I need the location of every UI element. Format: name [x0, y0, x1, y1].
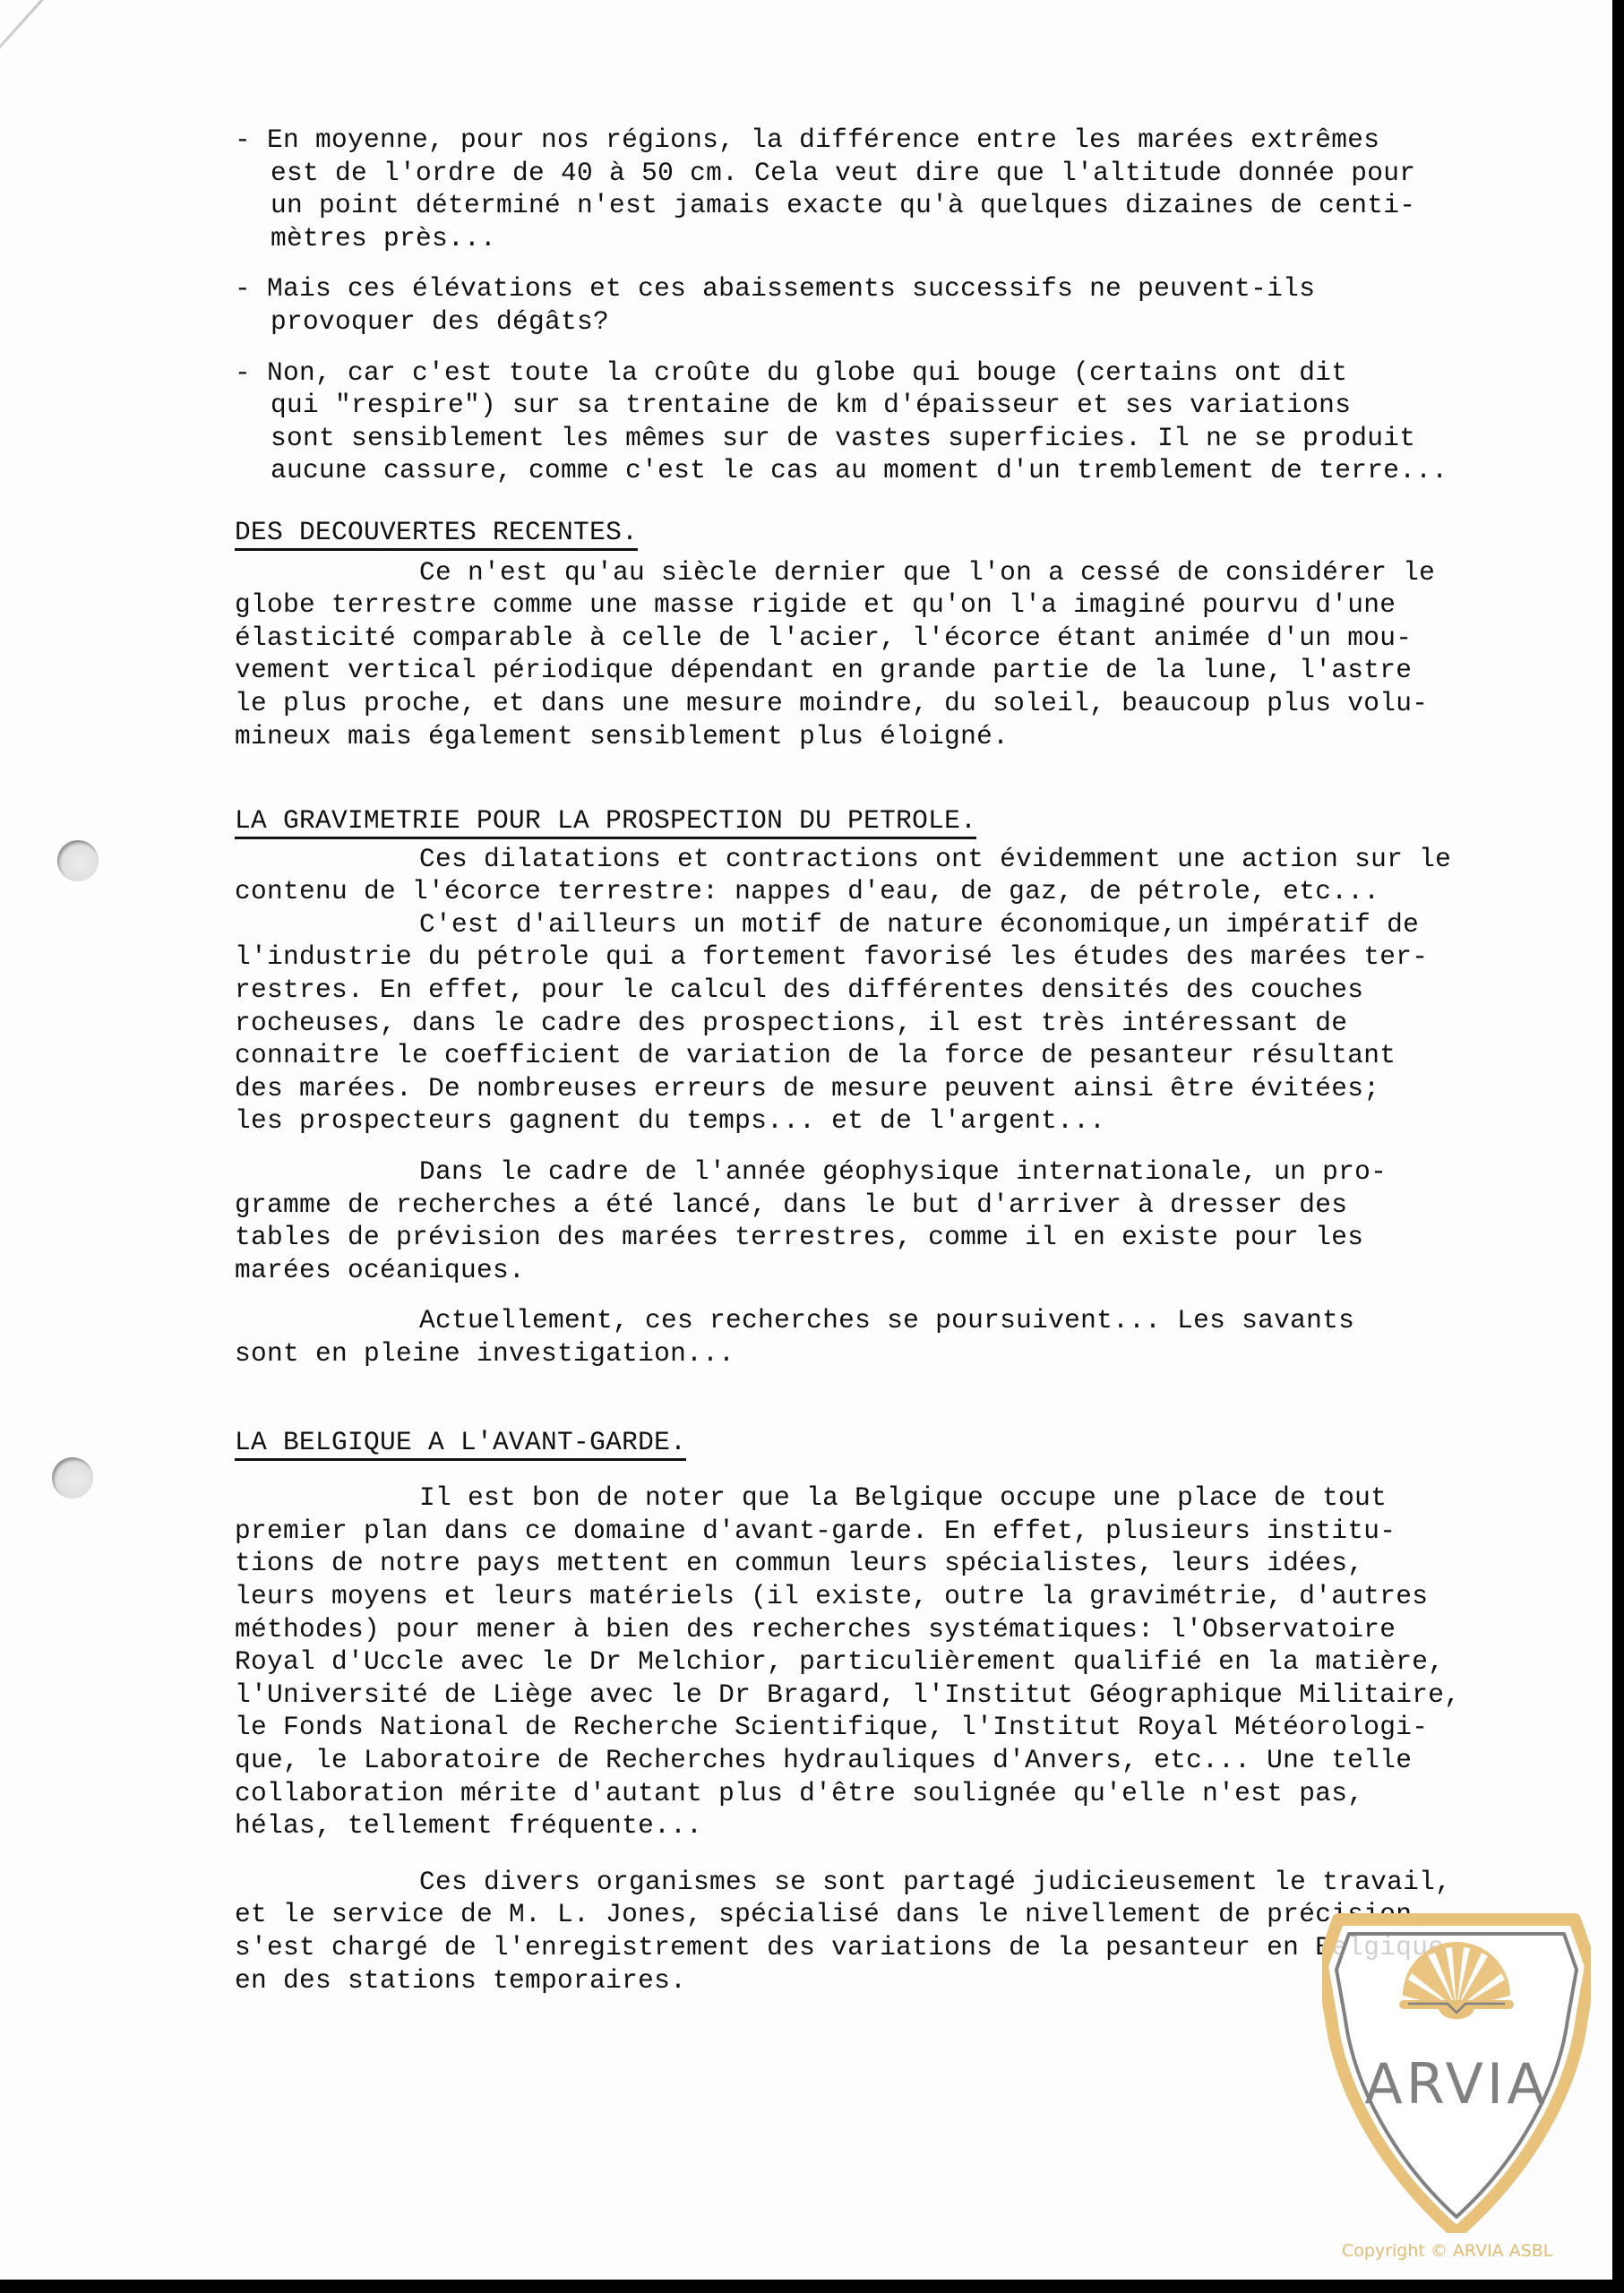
text-line: collaboration mérite d'autant plus d'êtr…	[235, 1777, 1551, 1810]
text-line: contenu de l'écorce terrestre: nappes d'…	[235, 875, 1551, 908]
punch-hole	[52, 1457, 93, 1499]
text-line: un point déterminé n'est jamais exacte q…	[235, 189, 1551, 222]
text-line: des marées. De nombreuses erreurs de mes…	[235, 1072, 1551, 1105]
text-line: l'industrie du pétrole qui a fortement f…	[235, 940, 1551, 974]
text-line: C'est d'ailleurs un motif de nature écon…	[235, 908, 1551, 941]
section-decouvertes: DES DECOUVERTES RECENTES. Ce n'est qu'au…	[235, 516, 1551, 752]
document-body: - En moyenne, pour nos régions, la diffé…	[235, 124, 1551, 1997]
text-line: vement vertical périodique dépendant en …	[235, 654, 1551, 687]
text-line: Il est bon de noter que la Belgique occu…	[235, 1481, 1551, 1515]
text-line: Ces divers organismes se sont partagé ju…	[235, 1866, 1551, 1899]
text-line: mineux mais également sensiblement plus …	[235, 720, 1551, 753]
text-line: - Mais ces élévations et ces abaissement…	[235, 272, 1551, 305]
text-line: Dans le cadre de l'année géophysique int…	[235, 1155, 1551, 1189]
arvia-brand-text: ARVIA	[1364, 2051, 1548, 2117]
text-line: Royal d'Uccle avec le Dr Melchior, parti…	[235, 1645, 1551, 1679]
text-line: globe terrestre comme une masse rigide e…	[235, 588, 1551, 622]
text-line: rocheuses, dans le cadre des prospection…	[235, 1007, 1551, 1040]
text-line: Ce n'est qu'au siècle dernier que l'on a…	[235, 556, 1551, 589]
page-fold-crease	[0, 0, 121, 88]
section-heading: DES DECOUVERTES RECENTES.	[235, 516, 638, 551]
bullet-item: - Mais ces élévations et ces abaissement…	[235, 272, 1551, 338]
text-line: gramme de recherches a été lancé, dans l…	[235, 1189, 1551, 1222]
text-line: qui "respire") sur sa trentaine de km d'…	[235, 389, 1551, 422]
bullet-item: - Non, car c'est toute la croûte du glob…	[235, 356, 1551, 487]
text-line: est de l'ordre de 40 à 50 cm. Cela veut …	[235, 157, 1551, 190]
text-line: méthodes) pour mener à bien des recherch…	[235, 1613, 1551, 1646]
punch-hole	[57, 840, 99, 881]
text-line: le Fonds National de Recherche Scientifi…	[235, 1711, 1551, 1744]
text-line: sont en pleine investigation...	[235, 1337, 1551, 1370]
section-gravimetrie: LA GRAVIMETRIE POUR LA PROSPECTION DU PE…	[235, 804, 1551, 1370]
bullet-item: - En moyenne, pour nos régions, la diffé…	[235, 124, 1551, 254]
text-line: Ces dilatations et contractions ont évid…	[235, 843, 1551, 876]
text-line: provoquer des dégâts?	[235, 305, 1551, 339]
text-line: que, le Laboratoire de Recherches hydrau…	[235, 1744, 1551, 1777]
text-line: leurs moyens et leurs matériels (il exis…	[235, 1580, 1551, 1613]
copyright-notice: Copyright © ARVIA ASBL	[1342, 2241, 1552, 2261]
text-line: le plus proche, et dans une mesure moind…	[235, 687, 1551, 720]
text-line: connaitre le coefficient de variation de…	[235, 1039, 1551, 1072]
section-heading: LA BELGIQUE A L'AVANT-GARDE.	[235, 1426, 686, 1461]
text-line: Actuellement, ces recherches se poursuiv…	[235, 1304, 1551, 1337]
text-line: - En moyenne, pour nos régions, la diffé…	[235, 124, 1551, 157]
text-line: premier plan dans ce domaine d'avant-gar…	[235, 1515, 1551, 1548]
arvia-watermark-logo: ARVIA	[1322, 1911, 1591, 2233]
section-heading: LA GRAVIMETRIE POUR LA PROSPECTION DU PE…	[235, 804, 976, 839]
text-line: restres. En effet, pour le calcul des di…	[235, 974, 1551, 1007]
text-line: - Non, car c'est toute la croûte du glob…	[235, 356, 1551, 390]
text-line: tions de notre pays mettent en commun le…	[235, 1547, 1551, 1580]
text-line: mètres près...	[235, 222, 1551, 255]
text-line: l'Université de Liège avec le Dr Bragard…	[235, 1679, 1551, 1712]
text-line: élasticité comparable à celle de l'acier…	[235, 622, 1551, 655]
text-line: tables de prévision des marées terrestre…	[235, 1221, 1551, 1254]
text-line: les prospecteurs gagnent du temps... et …	[235, 1104, 1551, 1138]
text-line: marées océaniques.	[235, 1254, 1551, 1287]
text-line: hélas, tellement fréquente...	[235, 1809, 1551, 1842]
document-page: - En moyenne, pour nos régions, la diffé…	[0, 0, 1612, 2280]
text-line: aucune cassure, comme c'est le cas au mo…	[235, 454, 1551, 487]
text-line: sont sensiblement les mêmes sur de vaste…	[235, 422, 1551, 455]
